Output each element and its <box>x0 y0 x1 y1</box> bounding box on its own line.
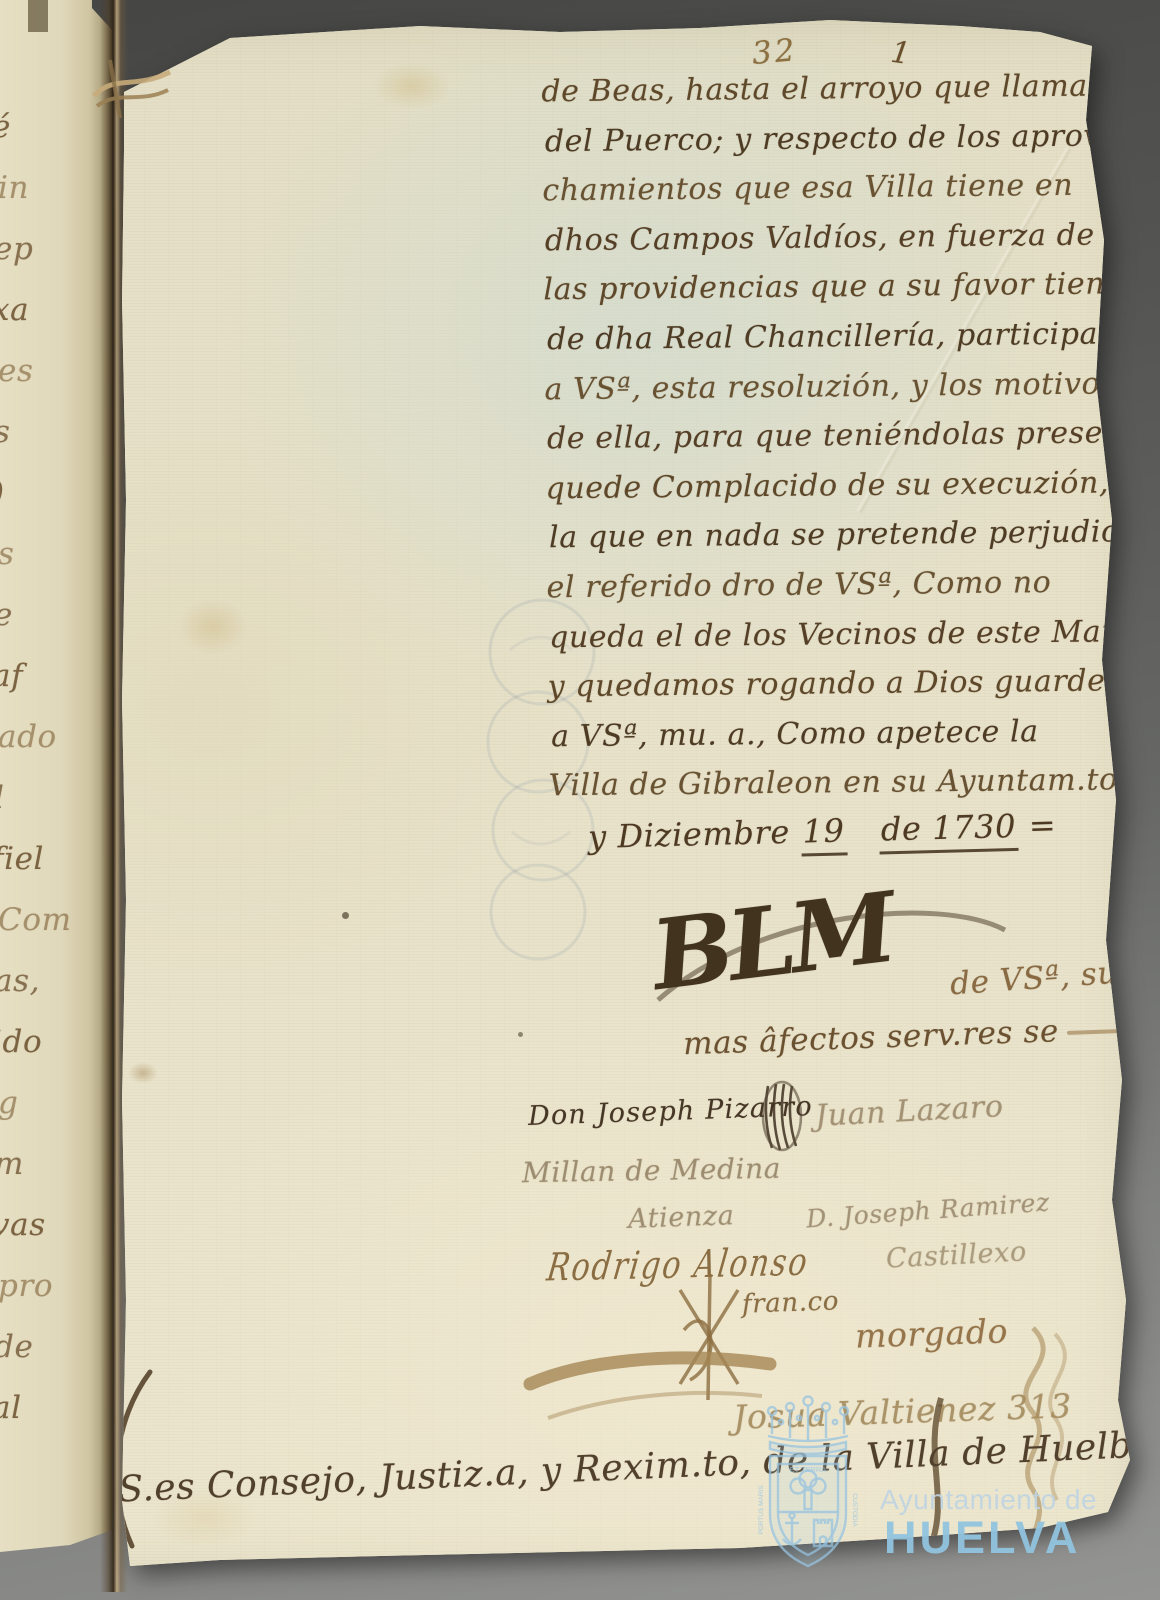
signature-castillexo: Castillexo <box>885 1236 1027 1274</box>
manuscript-line: Villa de Gibraleon en su Ayuntam.to <box>548 755 1160 811</box>
manuscript-line: dhos Campos Valdíos, en fuerza de <box>545 209 1160 265</box>
manuscript-line: el referido dro de VSª, Como no <box>546 557 1160 613</box>
date-prefix: y Diziembre <box>588 813 802 857</box>
binding-thread-icon <box>88 52 174 124</box>
watermark-org-name: HUELVA <box>884 1512 1080 1564</box>
ink-speck <box>342 912 349 919</box>
paper-stain <box>128 1062 158 1084</box>
signature-medina: Millan de Medina <box>522 1152 782 1190</box>
huelva-coat-of-arms-icon: ET TERRA PORTUS MARIS CUSTODIA <box>752 1392 864 1584</box>
signature-ramirez: D. Joseph Ramirez <box>805 1188 1050 1234</box>
paper-sheet: 32 1 de Beas, hasta el arroyo que llaman… <box>0 0 1160 1600</box>
date-year: de 1730 <box>878 807 1018 855</box>
manuscript-line: quede Complacido de su execuzión, con <box>545 457 1160 513</box>
manuscript-line: de ella, para que teniéndolas presentes <box>547 408 1160 464</box>
paper-stain <box>372 62 452 110</box>
crest-motto-right: CUSTODIA <box>851 1493 858 1527</box>
pen-dash <box>1067 1028 1159 1035</box>
signature-atienza: Atienza <box>627 1200 734 1235</box>
signature-lazaro: Juan Lazaro <box>814 1089 1004 1134</box>
manuscript-page: 32 1 de Beas, hasta el arroyo que llaman… <box>0 0 1160 1600</box>
paper-stain <box>178 598 248 656</box>
date-equals: = <box>1028 806 1056 845</box>
crest-motto-top: ET TERRA <box>790 1465 827 1474</box>
rubric-flourish-icon <box>760 1078 806 1154</box>
closing-abbrev-blm: BLM <box>647 880 897 1005</box>
manuscript-line: de Beas, hasta el arroyo que llaman <box>541 61 1160 117</box>
manuscript-line: de dha Real Chancillería, participamos <box>547 309 1160 365</box>
ink-speck <box>518 1032 523 1037</box>
manuscript-scan: { "page_header": { "folio_number": "32",… <box>0 0 1160 1600</box>
manuscript-line: a VSª, esta resoluzión, y los motivos <box>544 358 1160 414</box>
manuscript-line: del Puerco; y respecto de los aprove- <box>545 110 1160 166</box>
date-day: 19 <box>800 811 847 856</box>
manuscript-line: y quedamos rogando a Dios guarde <box>547 656 1160 712</box>
manuscript-line: a VSª, mu. a., Como apetece la <box>551 705 1160 761</box>
docket-initial-flourish-icon <box>98 1362 170 1550</box>
letter-body: de Beas, hasta el arroyo que llamandel P… <box>541 61 1160 812</box>
quill-stroke-icon <box>520 1322 780 1432</box>
date-line: y Diziembre 19 de 1730 = <box>588 806 1057 856</box>
crest-motto-left: PORTUS MARIS <box>758 1485 765 1535</box>
manuscript-line: las providencias que a su favor tiene <box>543 259 1160 315</box>
manuscript-line: la que en nada se pretende perjudicar <box>549 507 1160 563</box>
manuscript-line: chamientos que esa Villa tiene en <box>542 160 1160 216</box>
manuscript-line: queda el de los Vecinos de este Marq.do <box>549 606 1160 662</box>
signature-franco: fran.co <box>742 1286 840 1319</box>
